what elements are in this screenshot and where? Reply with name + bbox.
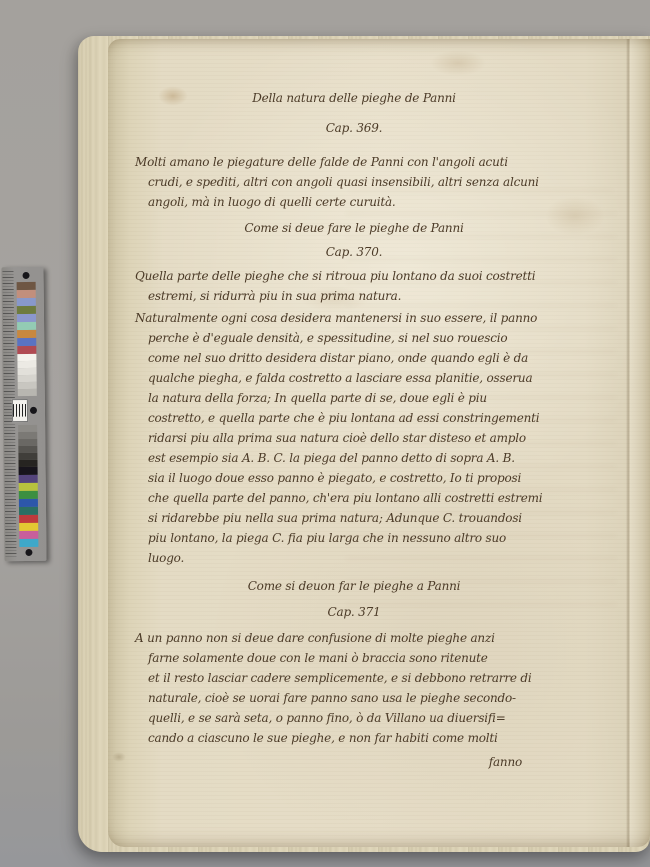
manuscript-line: naturale, cioè se uorai fare panno sano … bbox=[148, 688, 560, 708]
manuscript-line: Naturalmente ogni cosa desidera mantener… bbox=[135, 308, 560, 328]
barcode-label-row bbox=[12, 398, 37, 423]
color-swatch bbox=[19, 499, 38, 507]
manuscript-line: che quella parte del panno, ch'era piu l… bbox=[148, 488, 560, 508]
manuscript-line: quelli, e se sarà seta, o panno fino, ò … bbox=[148, 708, 560, 728]
manuscript-text: Della natura delle pieghe de Panni Cap. … bbox=[148, 88, 560, 772]
manuscript-line: piu lontano, la piega C. fia piu larga c… bbox=[148, 528, 560, 548]
color-swatch bbox=[17, 290, 36, 298]
manuscript-line: qualche piegha, e falda costretto a lasc… bbox=[148, 368, 560, 388]
chapter-heading-371: Come si deuon far le pieghe a Panni bbox=[148, 576, 560, 596]
color-swatch bbox=[19, 523, 38, 531]
color-swatch bbox=[19, 507, 38, 515]
paragraph-369: Molti amano le piegature delle falde de … bbox=[148, 152, 560, 212]
chapter-number-371: Cap. 371 bbox=[148, 602, 560, 622]
registration-dot-mid bbox=[30, 407, 37, 414]
paragraph-371: A un panno non si deue dare confusione d… bbox=[148, 628, 560, 748]
manuscript-line: farne solamente doue con le mani ò bracc… bbox=[148, 648, 560, 668]
color-patches-top bbox=[17, 282, 37, 354]
manuscript-line: perche è d'eguale densità, e spessitudin… bbox=[148, 328, 560, 348]
color-swatch bbox=[17, 330, 36, 338]
color-swatch bbox=[17, 306, 36, 314]
manuscript-line: est esempio sia A. B. C. la piega del pa… bbox=[148, 448, 560, 468]
manuscript-line: Quella parte delle pieghe che si ritroua… bbox=[135, 266, 560, 286]
paragraph-370b: Naturalmente ogni cosa desidera mantener… bbox=[148, 308, 560, 568]
manuscript-line: et il resto lasciar cadere semplicemente… bbox=[148, 668, 560, 688]
manuscript-line: ridarsi piu alla prima sua natura cioè d… bbox=[148, 428, 560, 448]
manuscript-line: angoli, mà in luogo di quelli certe curu… bbox=[148, 192, 560, 212]
grayscale-dark bbox=[18, 425, 37, 467]
color-swatch bbox=[19, 491, 38, 499]
chapter-number-370: Cap. 370. bbox=[148, 242, 560, 262]
color-swatch bbox=[17, 322, 36, 330]
color-calibration-strip bbox=[1, 267, 46, 561]
registration-dot-bottom bbox=[25, 549, 32, 556]
paragraph-370a: Quella parte delle pieghe che si ritroua… bbox=[148, 266, 560, 306]
color-swatch bbox=[17, 298, 36, 306]
manuscript-line: estremi, si ridurrà piu in sua prima nat… bbox=[148, 286, 560, 306]
manuscript-line: luogo. bbox=[148, 548, 560, 568]
manuscript-line: crudi, e spediti, altri con angoli quasi… bbox=[148, 172, 560, 192]
color-swatch bbox=[19, 483, 38, 491]
color-swatch bbox=[19, 515, 38, 523]
color-swatch bbox=[17, 338, 36, 346]
barcode-label bbox=[12, 399, 29, 422]
chapter-number-369: Cap. 369. bbox=[148, 118, 560, 138]
color-swatch bbox=[19, 467, 38, 475]
manuscript-line: cando a ciascuno le sue pieghe, e non fa… bbox=[148, 728, 560, 748]
color-swatch bbox=[17, 346, 36, 354]
color-swatch bbox=[19, 531, 38, 539]
manuscript-line: sia il luogo doue esso panno è piegato, … bbox=[148, 468, 560, 488]
manuscript-line: A un panno non si deue dare confusione d… bbox=[135, 628, 560, 648]
color-swatch bbox=[18, 389, 37, 396]
catchword: fanno bbox=[148, 752, 560, 772]
registration-dot-top bbox=[23, 272, 30, 279]
manuscript-line: si ridarebbe piu nella sua prima natura;… bbox=[148, 508, 560, 528]
manuscript-line: come nel suo dritto desidera distar pian… bbox=[148, 348, 560, 368]
color-swatch bbox=[17, 282, 36, 290]
manuscript-line: Molti amano le piegature delle falde de … bbox=[135, 152, 560, 172]
chapter-heading-369: Della natura delle pieghe de Panni bbox=[148, 88, 560, 108]
chapter-heading-370: Come si deue fare le pieghe de Panni bbox=[148, 218, 560, 238]
color-swatch bbox=[17, 314, 36, 322]
color-swatch bbox=[19, 539, 38, 547]
manuscript-line: la natura della forza; In quella parte d… bbox=[148, 388, 560, 408]
calibration-patches bbox=[16, 270, 38, 559]
page-fore-edge bbox=[630, 39, 650, 847]
color-patches-bottom bbox=[19, 467, 39, 547]
color-swatch bbox=[19, 475, 38, 483]
grayscale-light bbox=[17, 354, 36, 396]
manuscript-line: costretto, e quella parte che è piu lont… bbox=[148, 408, 560, 428]
